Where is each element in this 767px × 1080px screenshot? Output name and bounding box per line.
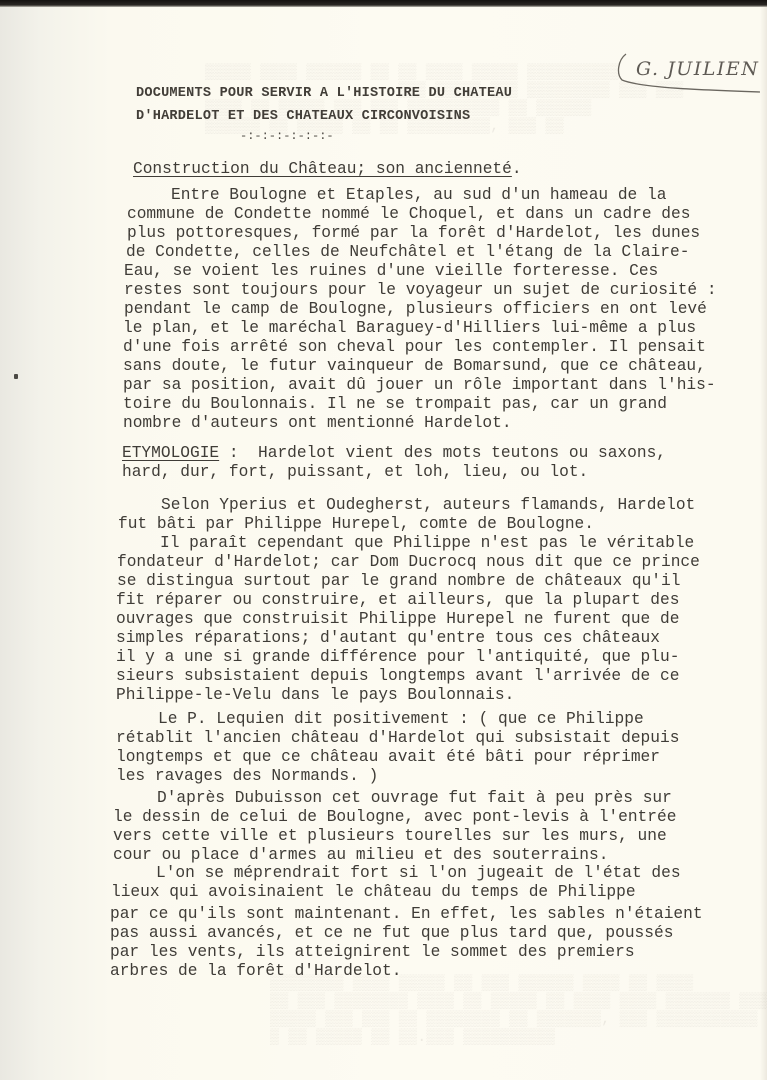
paragraph-5-line: vers cette ville et plusieurs tourelles … <box>113 827 667 845</box>
etymology-heading: ETYMOLOGIE <box>122 444 219 462</box>
paragraph-1-line: le plan, et le maréchal Baraguey-d'Hilli… <box>123 319 696 337</box>
paragraph-1-line: de Condette, celles de Neufchâtel et l'é… <box>126 243 689 261</box>
margin-speck <box>14 374 18 379</box>
paragraph-4-line: longtemps et que ce château avait été bâ… <box>116 748 660 766</box>
paragraph-3-line: Il paraît cependant que Philippe n'est p… <box>160 534 694 552</box>
etymology-line: ETYMOLOGIE : Hardelot vient des mots teu… <box>122 444 666 462</box>
paragraph-3-line: il y a une si grande différence pour l'a… <box>116 648 679 666</box>
scanned-page: ▒▒▒▒▒ ▒▒▒▒ ▒▒▒▒▒▒ ▒▒ ▒▒ ▒▒▒▒ ▒▒▒▒▒ ▒▒▒▒▒… <box>0 0 767 1080</box>
paragraph-2-line: Selon Yperius et Oudegherst, auteurs fla… <box>161 496 695 514</box>
paragraph-3-line: se distingua surtout par le grand nombre… <box>117 572 680 590</box>
section-heading-text: Construction du Château; son ancienneté <box>133 160 512 178</box>
paragraph-3-line: ouvrages que construisit Philippe Hurepe… <box>116 610 679 628</box>
paragraph-1-line: par sa position, avait dû jouer un rôle … <box>123 376 716 394</box>
paragraph-1-line: Eau, se voient les ruines d'une vieille … <box>124 262 658 280</box>
paragraph-1-line: plus pottoresques, formé par la forêt d'… <box>127 224 700 242</box>
paragraph-3-line: sieurs subsistaient depuis longtemps ava… <box>116 667 679 685</box>
paragraph-6-line: lieux qui avoisinaient le château du tem… <box>111 883 636 901</box>
section-heading-period: . <box>512 160 522 178</box>
annotation-text: G. JUILIEN <box>636 58 759 80</box>
paragraph-6-line: arbres de la forêt d'Hardelot. <box>110 962 401 980</box>
paragraph-5-line: cour ou place d'armes au milieu et des s… <box>113 846 608 864</box>
paragraph-4-line: Le P. Lequien dit positivement : ( que c… <box>158 710 644 728</box>
paragraph-4-line: les ravages des Normands. ) <box>116 767 378 785</box>
title-separator: -:-:-:-:-:-:- <box>240 127 334 145</box>
title-line-1: DOCUMENTS POUR SERVIR A L'HISTOIRE DU CH… <box>136 85 512 103</box>
paragraph-1-line: restes sont toujours pour le voyageur un… <box>124 281 717 299</box>
paragraph-1-line: Entre Boulogne et Etaples, au sud d'un h… <box>171 186 666 204</box>
paragraph-6-line: pas aussi avancés, et ce ne fut que plus… <box>110 924 673 942</box>
paragraph-3-line: fondateur d'Hardelot; car Dom Ducrocq no… <box>117 553 700 571</box>
paragraph-5-line: le dessin de celui de Boulogne, avec pon… <box>113 808 676 826</box>
paragraph-6-line: par ce qu'ils sont maintenant. En effet,… <box>110 905 703 923</box>
paragraph-4-line: rétablit l'ancien château d'Hardelot qui… <box>116 729 679 747</box>
handwritten-annotation: G. JUILIEN <box>612 50 762 92</box>
etymology-line: hard, dur, fort, puissant, et loh, lieu,… <box>122 463 588 481</box>
title-line-2: D'HARDELOT ET DES CHATEAUX CIRCONVOISINS <box>136 108 470 126</box>
paragraph-1-line: nombre d'auteurs ont mentionné Hardelot. <box>123 414 512 432</box>
paragraph-1-line: pendant le camp de Boulogne, plusieurs o… <box>124 300 707 318</box>
paragraph-1-line: d'une fois arrêté son cheval pour les co… <box>123 338 706 356</box>
section-heading: Construction du Château; son ancienneté. <box>133 160 522 178</box>
paragraph-6-line: L'on se méprendrait fort si l'on jugeait… <box>156 864 681 882</box>
paragraph-3-line: simples réparations; d'autant qu'entre t… <box>116 629 660 647</box>
paragraph-3-line: Philippe-le-Velu dans le pays Boulonnais… <box>116 686 514 704</box>
paragraph-6-line: par les vents, ils atteignirent le somme… <box>110 943 635 961</box>
scan-top-edge <box>0 0 767 7</box>
etymology-text: : Hardelot vient des mots teutons ou sax… <box>219 444 666 462</box>
paragraph-2-line: fut bâti par Philippe Hurepel, comte de … <box>118 515 594 533</box>
paragraph-5-line: D'après Dubuisson cet ouvrage fut fait à… <box>157 789 672 807</box>
paragraph-3-line: fit réparer ou construire, et ailleurs, … <box>116 591 679 609</box>
show-through-text-bottom: ▒▒▒▒▒▒▒▒ ▒▒▒▒ ▒▒▒▒▒ ▒▒ ▒▒▒ ▒▒▒▒▒▒ ▒▒▒▒ ▒… <box>270 975 767 1047</box>
paragraph-1-line: commune de Condette nommé le Choquel, et… <box>127 205 690 223</box>
paragraph-1-line: sans doute, le futur vainqueur de Bomars… <box>123 357 706 375</box>
paragraph-1-line: toire du Boulonnais. Il ne se trompait p… <box>123 395 667 413</box>
